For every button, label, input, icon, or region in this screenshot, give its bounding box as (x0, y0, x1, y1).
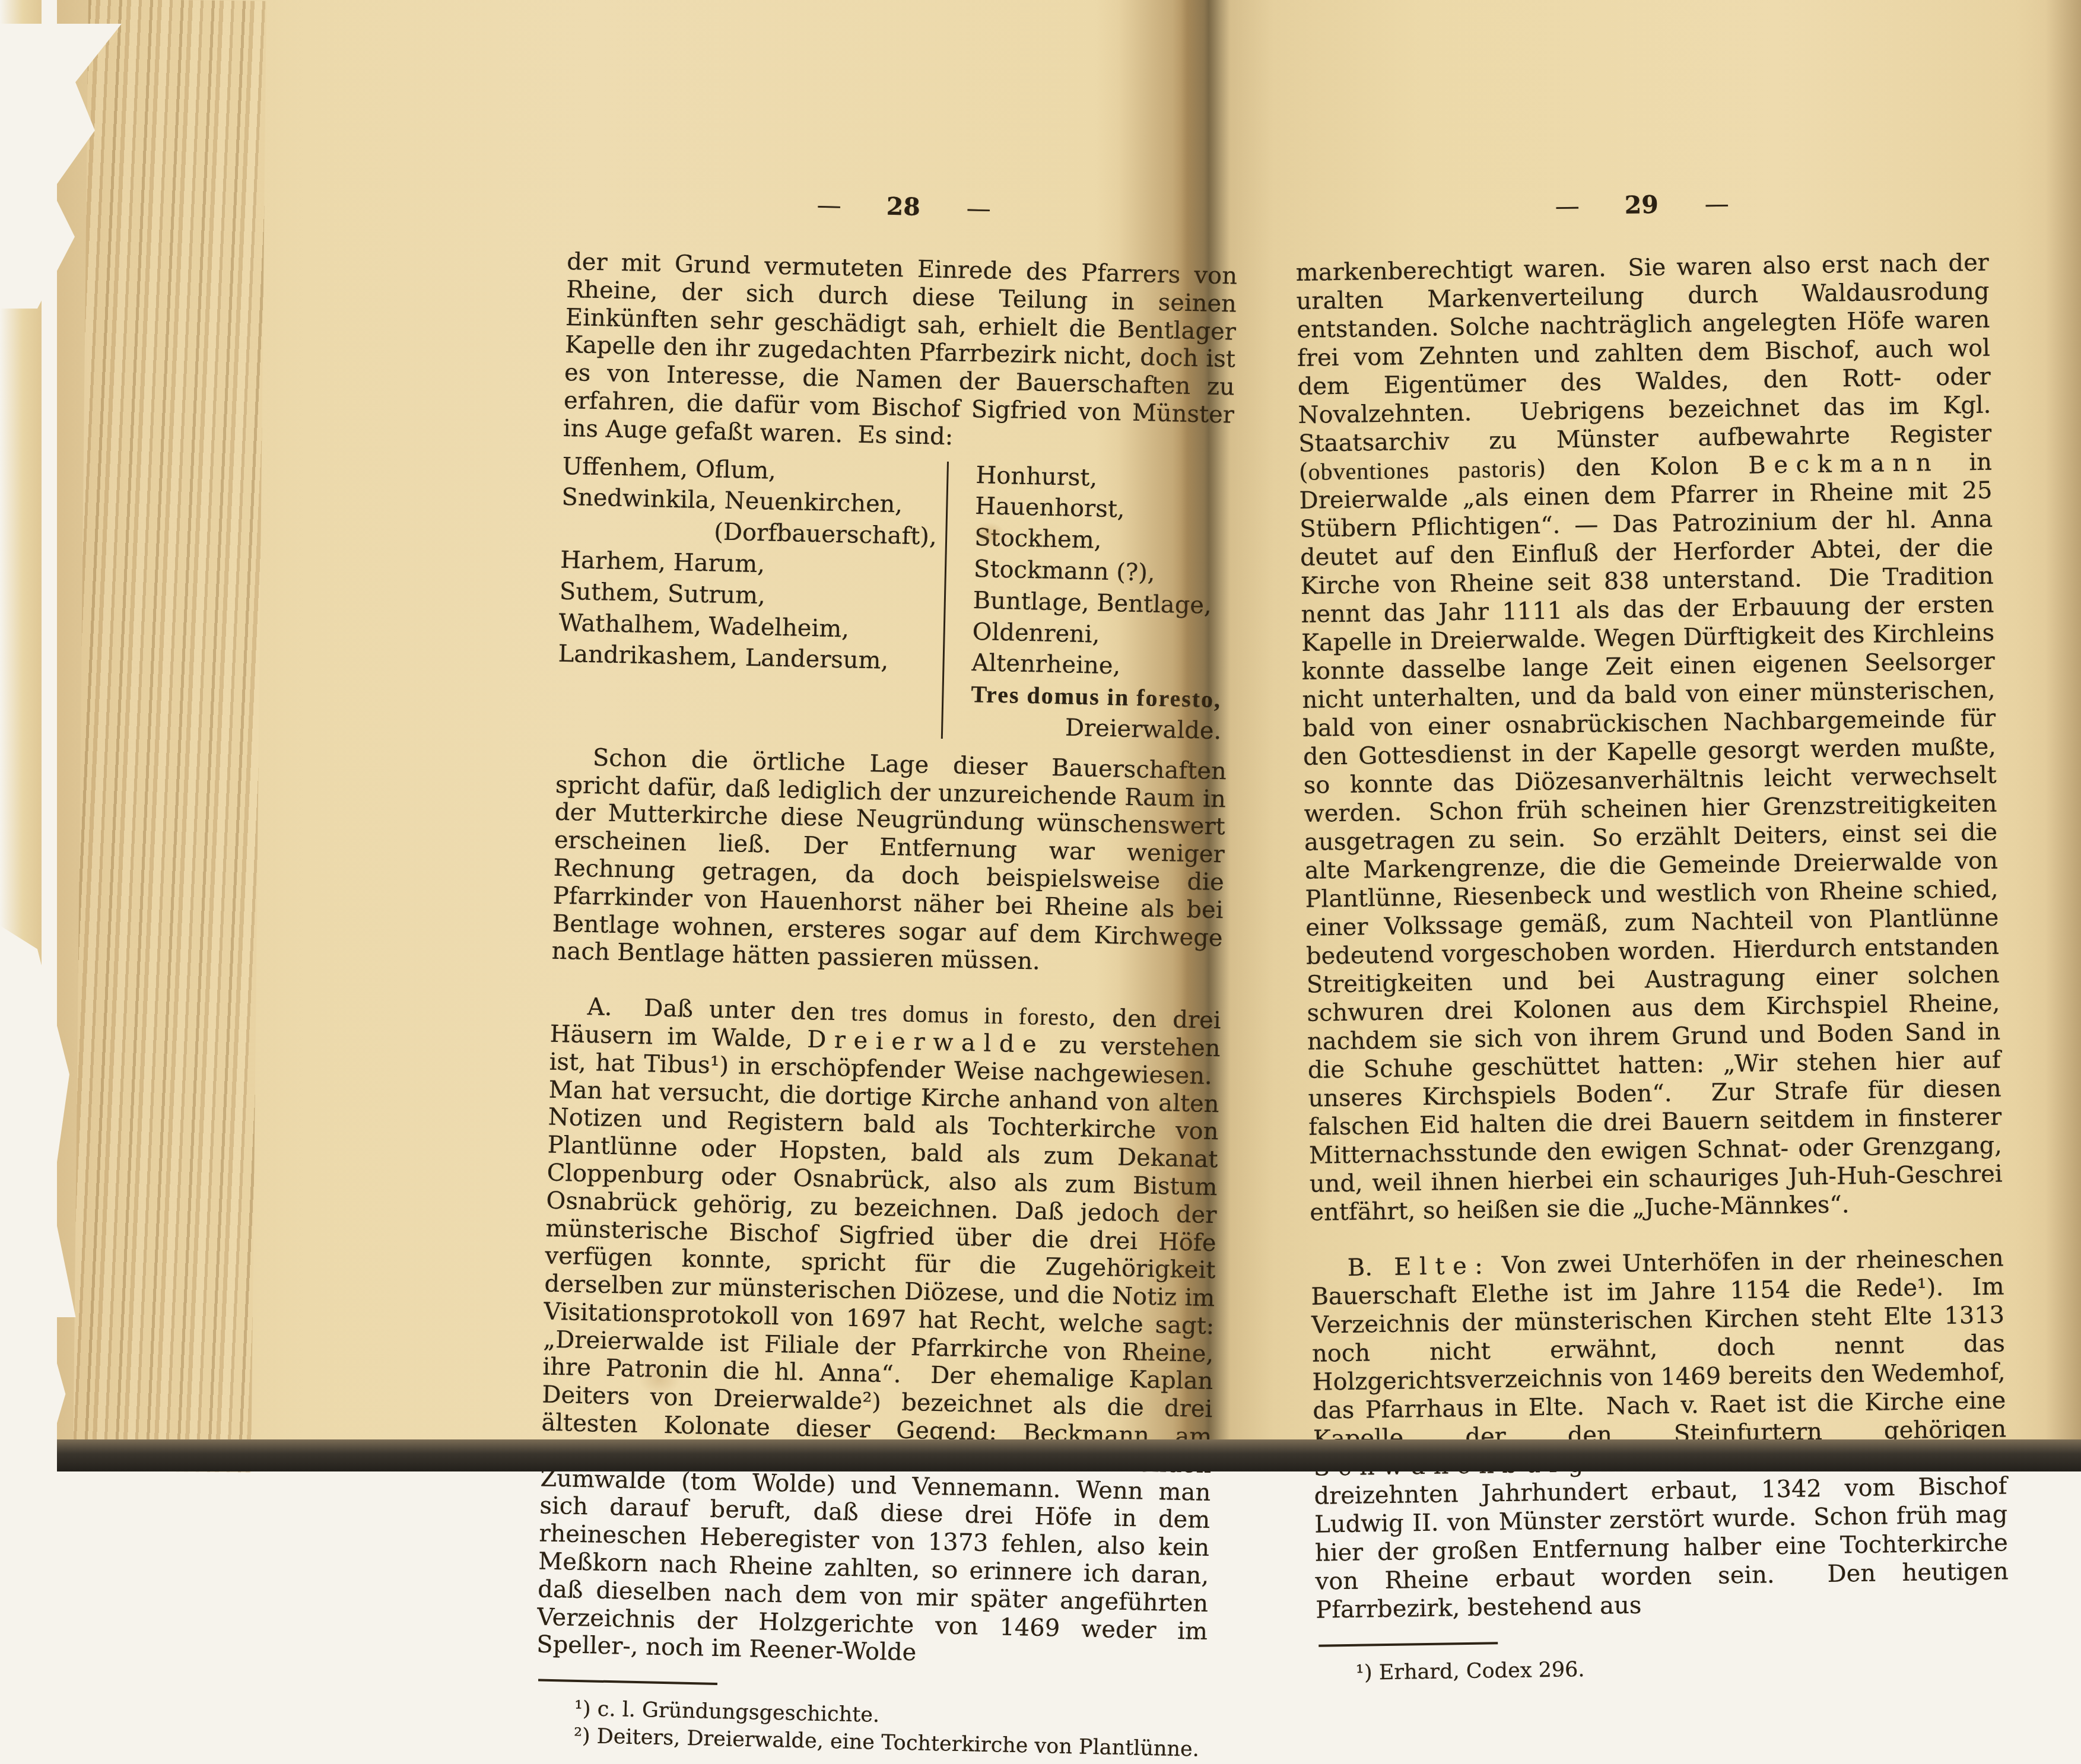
list-column-left: Uffenhem, Oflum, Snedwinkila, Neuenkirch… (557, 450, 947, 740)
latin-phrase-obventiones: obventiones pastoris (1308, 455, 1537, 485)
header-dash: — (1704, 189, 1728, 218)
paragraph-text: in Dreierwalde „als einen dem Pfarrer in… (1299, 449, 2003, 1226)
header-dash: — (966, 194, 990, 223)
spaced-word-dreierwalde: Dreierwalde (807, 1026, 1045, 1059)
paragraph-a-text: zu verstehen ist, hat Tibus¹) in erschöp… (536, 1031, 1221, 1471)
scan-bottom-strip (57, 1439, 2081, 1471)
header-dash: — (1555, 192, 1578, 221)
gutter-shadow (1119, 0, 1273, 1471)
paragraph-a: A. Daß unter den tres domus in foresto, … (536, 993, 1221, 1471)
right-page: — 29 — markenberechtigt waren. Sie waren… (1295, 186, 2010, 1471)
page-number-left: 28 (886, 192, 920, 221)
paragraph-b-text: B. (1347, 1254, 1394, 1282)
page-header-right: — 29 — (1295, 186, 1988, 224)
spaced-word-elte: Elte: (1394, 1252, 1491, 1280)
paragraph-continuation-right: markenberechtigt waren. Sie waren also e… (1296, 249, 2003, 1227)
book-spread: — 28 — der mit Grund vermuteten Einrede … (57, 0, 2081, 1471)
paragraph-b: B. Elte: Von zwei Unterhöfen in der rhei… (1310, 1244, 2009, 1471)
page-number-right: 29 (1624, 190, 1659, 220)
page-right-edge-shadow (2045, 0, 2081, 1471)
latin-phrase: tres domus in foresto (851, 999, 1089, 1031)
header-dash: — (816, 190, 840, 220)
spaced-word-beckmann: Beckmann (1748, 449, 1939, 479)
page-edge-stack (73, 0, 266, 1471)
paragraph-text: ) den Kolon (1536, 452, 1748, 482)
